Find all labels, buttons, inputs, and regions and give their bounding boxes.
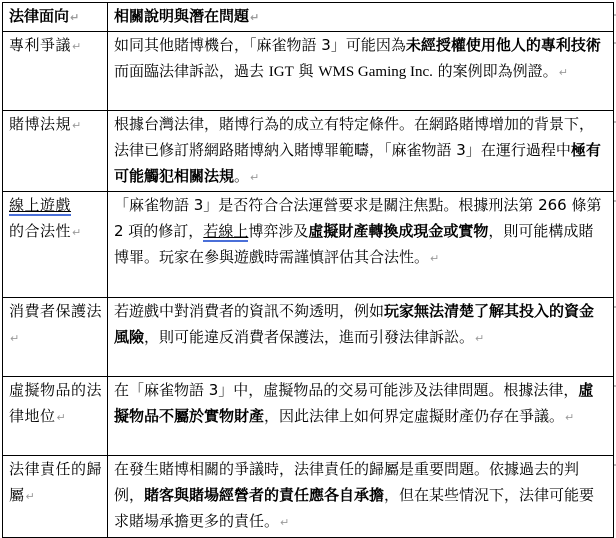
aspect-cell-virtual-items[interactable]: 虛擬物品的法律地位↵ bbox=[3, 377, 108, 456]
company-name-igt: IGT bbox=[269, 64, 294, 80]
paragraph-mark-icon: ↵ bbox=[430, 252, 439, 265]
aspect-label: 的合法性 bbox=[9, 222, 71, 240]
table-row: 賭博法規↵ 根據台灣法律，賭博行為的成立有特定條件。在網路賭博增加的背景下，法律… bbox=[3, 111, 614, 192]
table-row: 虛擬物品的法律地位↵ 在「麻雀物語 3」中，虛擬物品的交易可能涉及法律問題。根據… bbox=[3, 377, 614, 456]
text-segment: ，則可能違反消費者保護法，進而引發法律訴訟。 bbox=[144, 328, 474, 346]
paragraph-mark-icon: ↵ bbox=[72, 40, 82, 53]
aspect-cell-online-legality[interactable]: 線上遊戲的合法性↵ bbox=[3, 192, 108, 298]
paragraph-mark-icon: ↵ bbox=[565, 411, 574, 424]
text-segment: 如同其他賭博機台，「麻雀物語 3」可能因為 bbox=[114, 36, 406, 54]
aspect-cell-consumer-protection[interactable]: 消費者保護法↵ bbox=[3, 298, 108, 377]
text-segment: 的案例即為例證。 bbox=[433, 62, 558, 80]
text-segment: 根據台灣法律，賭博行為的成立有特定條件。在網路賭博增加的背景下，法律已修訂將網路… bbox=[114, 115, 594, 159]
text-segment: 與 bbox=[294, 62, 319, 80]
header-legal-aspect[interactable]: 法律面向↵ bbox=[3, 3, 108, 32]
text-segment: 若遊戲中對消費者的資訊不夠透明，例如 bbox=[114, 302, 384, 320]
bold-text-segment: 未經授權使用他人的專利技術 bbox=[406, 36, 601, 54]
text-segment: 博弈涉及 bbox=[248, 222, 308, 240]
aspect-label: 虛擬物品的法律地位 bbox=[9, 381, 102, 425]
paragraph-mark-icon: ↵ bbox=[26, 490, 36, 503]
paragraph-mark-icon: ↵ bbox=[70, 11, 79, 24]
aspect-cell-gambling-law[interactable]: 賭博法規↵ bbox=[3, 111, 108, 192]
aspect-label: 消費者保護法 bbox=[9, 302, 102, 320]
bold-text-segment: 虛擬財產轉換成現金或實物 bbox=[308, 222, 488, 240]
company-name-wms: WMS Gaming Inc. bbox=[318, 64, 433, 80]
table-row: 專利爭議↵ 如同其他賭博機台，「麻雀物語 3」可能因為未經授權使用他人的專利技術… bbox=[3, 32, 614, 111]
aspect-label-underlined: 線上遊戲 bbox=[9, 196, 71, 216]
header-legal-aspect-label: 法律面向 bbox=[9, 7, 69, 25]
table-row: 法律責任的歸屬↵ 在發生賭博相關的爭議時，法律責任的歸屬是重要問題。依據過去的判… bbox=[3, 456, 614, 538]
paragraph-mark-icon: ↵ bbox=[10, 332, 20, 345]
description-cell-liability[interactable]: 在發生賭博相關的爭議時，法律責任的歸屬是重要問題。依據過去的判例，賭客與賭場經營… bbox=[108, 456, 614, 538]
paragraph-mark-icon: ↵ bbox=[250, 11, 259, 24]
header-description[interactable]: 相關說明與潛在問題↵ bbox=[108, 3, 614, 32]
legal-aspects-table: 法律面向↵ 相關說明與潛在問題↵ 專利爭議↵ 如同其他賭博機台，「麻雀物語 3」… bbox=[2, 2, 614, 538]
paragraph-mark-icon: ↵ bbox=[559, 66, 568, 79]
aspect-label: 專利爭議 bbox=[9, 36, 71, 54]
description-cell-online-legality[interactable]: 「麻雀物語 3」是否符合合法運營要求是關注焦點。根據刑法第 266 條第 2 項… bbox=[108, 192, 614, 298]
text-segment: 在「麻雀物語 3」中，虛擬物品的交易可能涉及法律問題。根據法律， bbox=[114, 381, 578, 399]
paragraph-mark-icon: ↵ bbox=[280, 516, 289, 529]
aspect-cell-patent[interactable]: 專利爭議↵ bbox=[3, 32, 108, 111]
aspect-label: 賭博法規 bbox=[9, 115, 71, 133]
bold-text-segment: 賭客與賭場經營者的責任應各自承擔 bbox=[144, 486, 384, 504]
description-cell-patent[interactable]: 如同其他賭博機台，「麻雀物語 3」可能因為未經授權使用他人的專利技術而面臨法律訴… bbox=[108, 32, 614, 111]
underlined-text-segment: 若線上 bbox=[203, 222, 248, 242]
table-row: 線上遊戲的合法性↵ 「麻雀物語 3」是否符合合法運營要求是關注焦點。根據刑法第 … bbox=[3, 192, 614, 298]
paragraph-mark-icon: ↵ bbox=[250, 171, 259, 184]
paragraph-mark-icon: ↵ bbox=[72, 226, 82, 239]
paragraph-mark-icon: ↵ bbox=[475, 332, 484, 345]
paragraph-mark-icon: ↵ bbox=[72, 119, 82, 132]
table-row: 消費者保護法↵ 若遊戲中對消費者的資訊不夠透明，例如玩家無法清楚了解其投入的資金… bbox=[3, 298, 614, 377]
aspect-cell-liability[interactable]: 法律責任的歸屬↵ bbox=[3, 456, 108, 538]
text-segment: 。 bbox=[234, 167, 249, 185]
aspect-label: 法律責任的歸屬 bbox=[9, 460, 102, 504]
header-description-label: 相關說明與潛在問題 bbox=[114, 7, 249, 25]
description-cell-consumer-protection[interactable]: 若遊戲中對消費者的資訊不夠透明，例如玩家無法清楚了解其投入的資金風險，則可能違反… bbox=[108, 298, 614, 377]
paragraph-mark-icon: ↵ bbox=[57, 411, 67, 424]
table-header-row: 法律面向↵ 相關說明與潛在問題↵ bbox=[3, 3, 614, 32]
description-cell-virtual-items[interactable]: 在「麻雀物語 3」中，虛擬物品的交易可能涉及法律問題。根據法律，虛擬物品不屬於實… bbox=[108, 377, 614, 456]
text-segment: 而面臨法律訴訟，過去 bbox=[114, 62, 269, 80]
description-cell-gambling-law[interactable]: 根據台灣法律，賭博行為的成立有特定條件。在網路賭博增加的背景下，法律已修訂將網路… bbox=[108, 111, 614, 192]
text-segment: ，因此法律上如何界定虛擬財產仍存在爭議。 bbox=[264, 407, 564, 425]
